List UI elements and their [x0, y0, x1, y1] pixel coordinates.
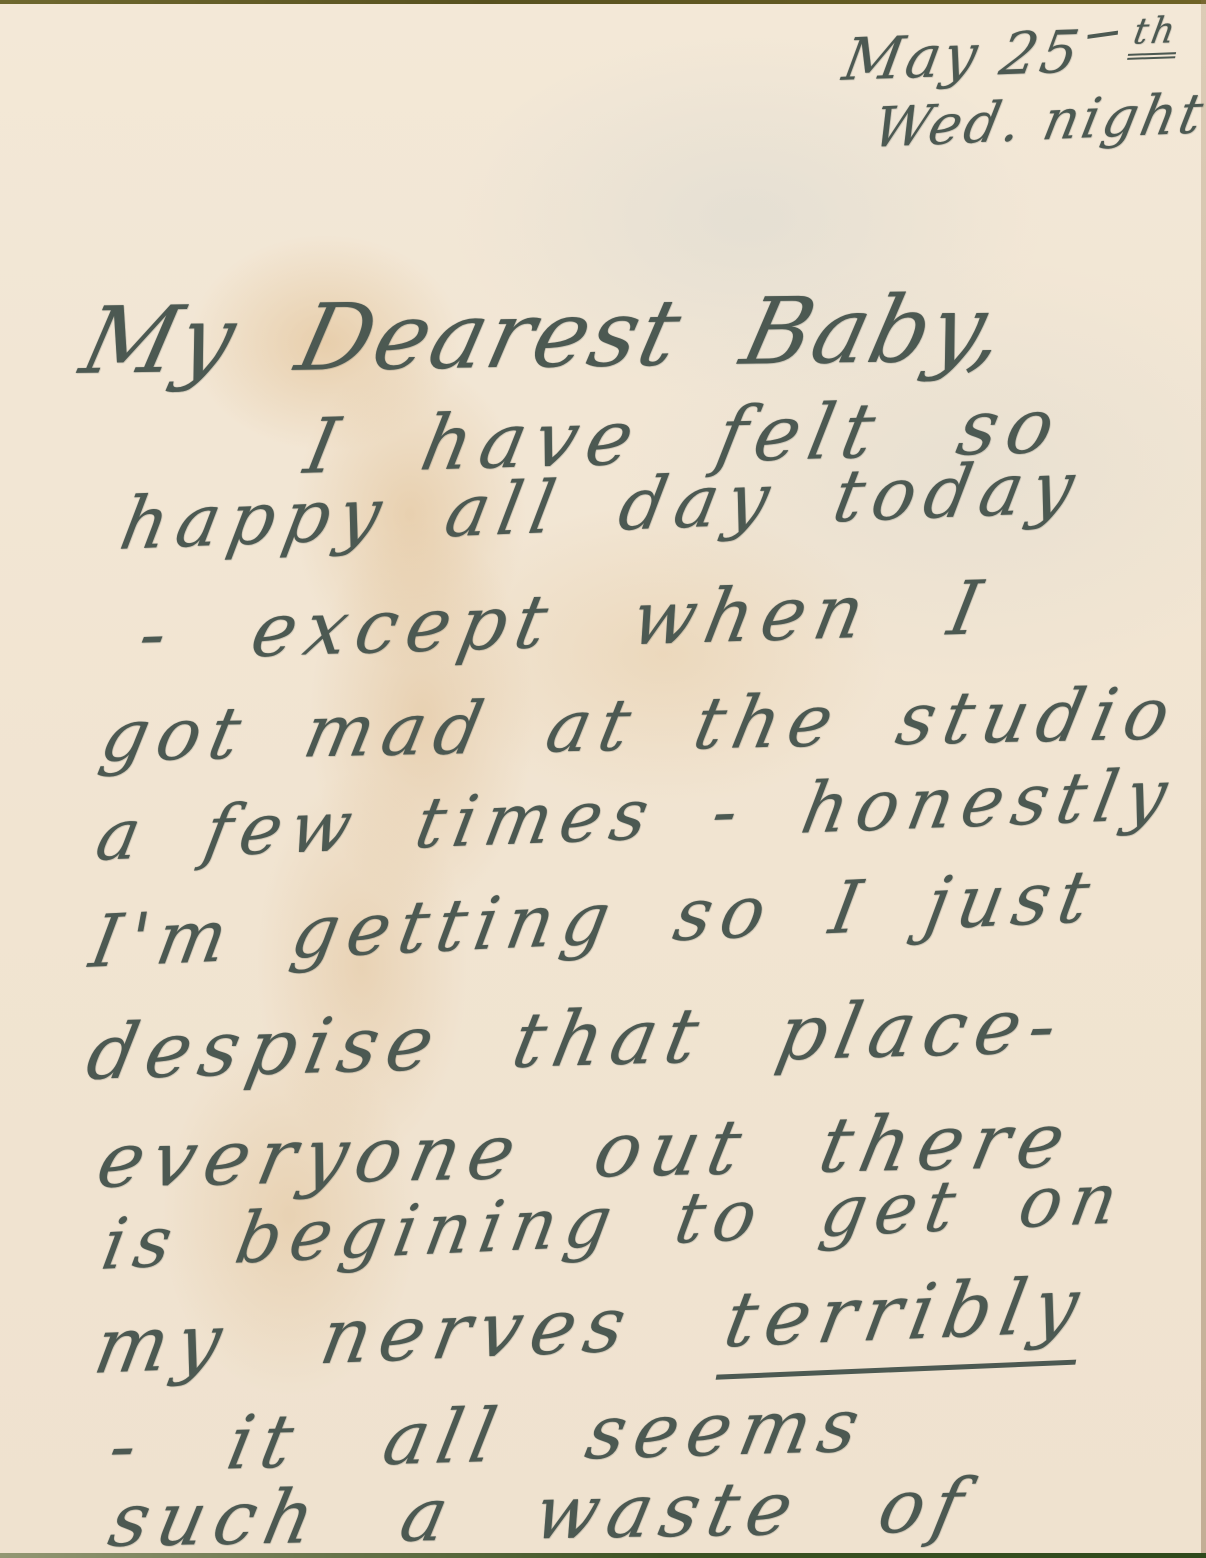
letter-line: such a waste of — [102, 1463, 980, 1558]
date-text: May 25 — [838, 17, 1087, 94]
salutation: My Dearest Baby, — [72, 275, 1018, 395]
letter-line: happy all day today — [114, 444, 1090, 566]
letter-page: May 25th Wed. night My Dearest Baby, I h… — [0, 0, 1206, 1558]
photo-crop-edge-right — [1201, 0, 1206, 1558]
letter-line: - except when I — [132, 565, 997, 678]
photo-crop-edge-top — [0, 0, 1206, 4]
letter-line: I'm getting so I just — [84, 854, 1105, 984]
day-night-line: Wed. night — [868, 81, 1206, 160]
letter-line: despise that place- — [80, 980, 1073, 1097]
date-line: May 25th — [838, 10, 1183, 94]
overbar-stroke — [1087, 31, 1118, 39]
date-ordinal: th — [1127, 10, 1183, 60]
